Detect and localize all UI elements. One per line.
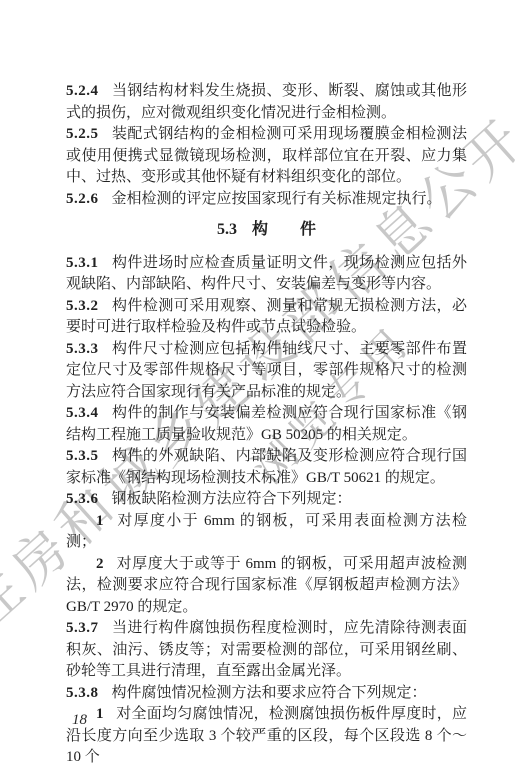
clause-number: 5.2.4 [66, 83, 99, 99]
clause-paragraph: 5.2.6金相检测的评定应按国家现行有关标准规定执行。 [66, 189, 467, 211]
clause-text: 构件尺寸检测应包括构件轴线尺寸、主要零部件布置定位尺寸及零部件规格尺寸等项目，零… [66, 341, 467, 400]
clause-paragraph: 5.3.4构件的制作与安装偏差检测应符合现行国家标准《钢结构工程施工质量验收规范… [66, 403, 467, 446]
clause-number: 5.3.2 [66, 298, 99, 314]
clause-number: 5.3.1 [66, 255, 99, 271]
clause-paragraph: 5.3.5构件的外观缺陷、内部缺陷及变形检测应符合现行国家标准《钢结构现场检测技… [66, 446, 467, 489]
section-heading: 5.3构 件 [66, 219, 467, 241]
document-body: 5.2.4当钢结构材料发生烧损、变形、断裂、腐蚀或其他形式的损伤，应对微观组织变… [66, 81, 467, 766]
section-number: 5.3 [217, 221, 237, 238]
clause-text: 构件的制作与安装偏差检测应符合现行国家标准《钢结构工程施工质量验收规范》GB 5… [66, 405, 467, 443]
clause-number: 5.3.5 [66, 448, 99, 464]
page-number: 18 [72, 712, 87, 729]
list-item-paragraph: 1对厚度小于 6mm 的钢板，可采用表面检测方法检测； [66, 511, 467, 554]
clause-paragraph: 5.3.8构件腐蚀情况检测方法和要求应符合下列规定： [66, 683, 467, 705]
item-number: 1 [96, 706, 104, 722]
clause-text: 构件进场时应检查质量证明文件，现场检测应包括外观缺陷、内部缺陷、构件尺寸、安装偏… [66, 255, 467, 293]
clause-paragraph: 5.3.1构件进场时应检查质量证明文件，现场检测应包括外观缺陷、内部缺陷、构件尺… [66, 253, 467, 296]
document-page: 住房和城乡建设部信息公开 浏览专用 5.2.4当钢结构材料发生烧损、变形、断裂、… [0, 0, 529, 766]
clause-number: 5.3.7 [66, 620, 99, 636]
clause-paragraph: 5.2.4当钢结构材料发生烧损、变形、断裂、腐蚀或其他形式的损伤，应对微观组织变… [66, 81, 467, 124]
section-title: 构 件 [252, 221, 316, 238]
item-text: 对全面均匀腐蚀情况，检测腐蚀损伤板件厚度时，应沿长度方向至少选取 3 个较严重的… [66, 706, 467, 765]
clause-number: 5.2.5 [66, 126, 99, 142]
item-number: 1 [96, 513, 104, 529]
item-number: 2 [96, 556, 104, 572]
clause-number: 5.3.8 [66, 685, 99, 701]
clause-text: 当钢结构材料发生烧损、变形、断裂、腐蚀或其他形式的损伤，应对微观组织变化情况进行… [66, 83, 467, 121]
clause-text: 钢板缺陷检测方法应符合下列规定： [112, 491, 352, 507]
clause-text: 金相检测的评定应按国家现行有关标准规定执行。 [112, 191, 442, 207]
clause-text: 构件的外观缺陷、内部缺陷及变形检测应符合现行国家标准《钢结构现场检测技术标准》G… [66, 448, 467, 486]
clause-number: 5.3.3 [66, 341, 99, 357]
clause-paragraph: 5.3.3构件尺寸检测应包括构件轴线尺寸、主要零部件布置定位尺寸及零部件规格尺寸… [66, 339, 467, 404]
clause-paragraph: 5.3.2构件检测可采用观察、测量和常规无损检测方法，必要时可进行取样检验及构件… [66, 296, 467, 339]
clause-text: 装配式钢结构的金相检测可采用现场覆膜金相检测法或使用便携式显微镜现场检测，取样部… [66, 126, 467, 185]
list-item-paragraph: 2对厚度大于或等于 6mm 的钢板，可采用超声波检测法，检测要求应符合现行国家标… [66, 554, 467, 619]
clause-text: 当进行构件腐蚀损伤程度检测时，应先清除待测表面积灰、油污、锈皮等；对需要检测的部… [66, 620, 467, 679]
clause-text: 构件腐蚀情况检测方法和要求应符合下列规定： [112, 685, 427, 701]
clause-paragraph: 5.3.7当进行构件腐蚀损伤程度检测时，应先清除待测表面积灰、油污、锈皮等；对需… [66, 618, 467, 683]
item-text: 对厚度小于 6mm 的钢板，可采用表面检测方法检测； [66, 513, 467, 551]
clause-number: 5.2.6 [66, 191, 99, 207]
list-item-paragraph: 1对全面均匀腐蚀情况，检测腐蚀损伤板件厚度时，应沿长度方向至少选取 3 个较严重… [66, 704, 467, 766]
clause-number: 5.3.6 [66, 491, 99, 507]
clause-text: 构件检测可采用观察、测量和常规无损检测方法，必要时可进行取样检验及构件或节点试验… [66, 298, 467, 336]
item-text: 对厚度大于或等于 6mm 的钢板，可采用超声波检测法，检测要求应符合现行国家标准… [66, 556, 467, 615]
clause-number: 5.3.4 [66, 405, 99, 421]
clause-paragraph: 5.3.6钢板缺陷检测方法应符合下列规定： [66, 489, 467, 511]
clause-paragraph: 5.2.5装配式钢结构的金相检测可采用现场覆膜金相检测法或使用便携式显微镜现场检… [66, 124, 467, 189]
